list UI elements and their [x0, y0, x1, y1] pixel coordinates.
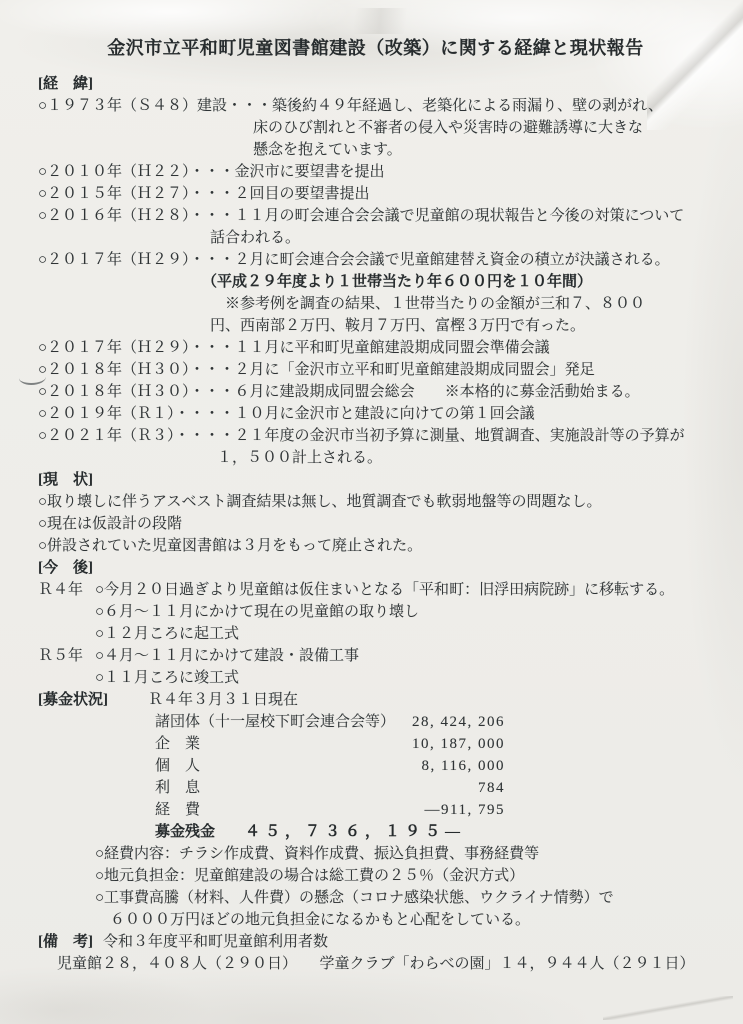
- history-line: ○２０１７年（Ｈ２９）・・・２月に町会連合会会議で児童館建替え資金の積立が決議さ…: [38, 249, 713, 271]
- history-line: 円、西南部２万円、鞍月７万円、富樫３万円で有った。: [210, 315, 713, 337]
- fundraising-row: 経 費―911, 795: [155, 799, 505, 821]
- schedule-row: ○１２月ころに起工式: [38, 623, 713, 645]
- fundraising-row-label: 個 人: [155, 755, 200, 777]
- fundraising-row-label: 経 費: [155, 799, 200, 821]
- section-header-fundraising: [募金状況]: [38, 692, 108, 708]
- schedule-year: Ｒ４年: [38, 579, 95, 601]
- fundraising-row-amount: 8, 116, 000: [422, 755, 505, 777]
- history-line: ○２０１５年（Ｈ２７）・・・２回目の要望書提出: [38, 183, 713, 205]
- schedule-row: ○１１月ころに竣工式: [38, 667, 713, 689]
- schedule-year: Ｒ５年: [38, 645, 95, 667]
- current-status-line: ○現在は仮設計の段階: [38, 513, 713, 535]
- fundraising-note-continuation: ６０００万円ほどの地元負担金になるかもと心配をしている。: [110, 909, 713, 931]
- section-header-remarks: [備 考]: [38, 934, 93, 950]
- remarks-header-row: [備 考]令和３年度平和町児童館利用者数: [38, 931, 713, 953]
- fundraising-note: ○地元負担金：児童館建設の場合は総工費の２５％（金沢方式）: [95, 865, 713, 887]
- fundraising-balance-label: 募金残金: [155, 824, 215, 840]
- history-line: ○２０１６年（Ｈ２８）・・・１１月の町会連合会会議で児童館の現状報告と今後の対策…: [38, 205, 713, 227]
- fundraising-table: 諸団体（十一屋校下町会連合会等）28, 424, 206 企 業10, 187,…: [155, 711, 505, 821]
- fundraising-row-amount: 10, 187, 000: [412, 733, 505, 755]
- schedule-row: Ｒ５年○４月～１１月にかけて建設・設備工事: [38, 645, 713, 667]
- history-line: ○２０１０年（Ｈ２２）・・・金沢市に要望書を提出: [38, 161, 713, 183]
- section-header-current-status: [現 状]: [38, 469, 713, 491]
- fundraising-header-row: [募金状況]Ｒ４年３月３１日現在: [38, 689, 713, 711]
- history-line: ○２０１９年（Ｒ１）・・・・１０月に金沢市と建設に向けての第１回会議: [38, 403, 713, 425]
- schedule-text: ○１１月ころに竣工式: [95, 670, 239, 686]
- fundraising-row-amount: ―911, 795: [425, 799, 505, 821]
- schedule-text: ○４月～１１月にかけて建設・設備工事: [95, 648, 359, 664]
- remarks-title: 令和３年度平和町児童館利用者数: [103, 934, 328, 950]
- fundraising-balance-amount: ４５，７３６，１９５―: [245, 824, 465, 840]
- fundraising-note: ○経費内容：チラシ作成費、資料作成費、振込負担費、事務経費等: [95, 843, 713, 865]
- history-line: ○２０２１年（Ｒ３）・・・・２１年度の金沢市当初予算に測量、地質調査、実施設計等…: [38, 425, 713, 447]
- history-line: １，５００計上される。: [217, 447, 713, 469]
- paper-crease-bottom-right: [603, 996, 733, 1020]
- schedule-text: ○６月～１１月にかけて現在の児童館の取り壊し: [95, 604, 419, 620]
- fundraising-note: ○工事費高騰（材料、人件費）の懸念（コロナ感染状態、ウクライナ情勢）で: [95, 887, 713, 909]
- schedule-row: Ｒ４年○今月２０日過ぎより児童館は仮住まいとなる「平和町：旧浮田病院跡」に移転す…: [38, 579, 713, 601]
- history-line-emphasis: （平成２９年度より１世帯当たり年６００円を１０年間）: [202, 271, 713, 293]
- fundraising-as-of-date: Ｒ４年３月３１日現在: [148, 692, 298, 708]
- scanned-document: 金沢市立平和町児童図書館建設（改築）に関する経緯と現状報告 [経 緯] ○１９７…: [0, 0, 743, 1024]
- section-header-future: [今 後]: [38, 557, 713, 579]
- history-line: 懸念を抱えています。: [253, 139, 713, 161]
- section-header-history: [経 緯]: [38, 73, 713, 95]
- fundraising-row: 利 息784: [155, 777, 505, 799]
- document-title: 金沢市立平和町児童図書館建設（改築）に関する経緯と現状報告: [38, 36, 713, 60]
- fundraising-row: 企 業10, 187, 000: [155, 733, 505, 755]
- fundraising-row-amount: 28, 424, 206: [412, 711, 505, 733]
- fundraising-row: 諸団体（十一屋校下町会連合会等）28, 424, 206: [155, 711, 505, 733]
- schedule-row: ○６月～１１月にかけて現在の児童館の取り壊し: [38, 601, 713, 623]
- schedule-text: ○１２月ころに起工式: [95, 626, 239, 642]
- fundraising-balance-row: 募金残金４５，７３６，１９５―: [155, 821, 713, 843]
- history-line: ○２０１８年（Ｈ３０）・・・６月に建設期成同盟会総会 ※本格的に募金活動始まる。: [38, 381, 713, 403]
- history-line: ※参考例を調査の結果、１世帯当たりの金額が三和７、８００: [225, 293, 713, 315]
- document-content: 金沢市立平和町児童図書館建設（改築）に関する経緯と現状報告 [経 緯] ○１９７…: [0, 0, 743, 975]
- fundraising-row: 個 人8, 116, 000: [155, 755, 505, 777]
- fundraising-row-amount: 784: [478, 777, 505, 799]
- current-status-line: ○取り壊しに伴うアスベスト調査結果は無し、地質調査でも軟弱地盤等の問題なし。: [38, 491, 713, 513]
- history-line: ○２０１７年（Ｈ２９）・・・１１月に平和町児童館建設期成同盟会準備会議: [38, 337, 713, 359]
- schedule-text: ○今月２０日過ぎより児童館は仮住まいとなる「平和町：旧浮田病院跡」に移転する。: [95, 582, 674, 598]
- history-line: 話合われる。: [210, 227, 713, 249]
- history-line: ○１９７３年（Ｓ４８）建設・・・築後約４９年経過し、老築化による雨漏り、壁の剥が…: [38, 95, 713, 117]
- fundraising-row-label: 企 業: [155, 733, 200, 755]
- current-status-line: ○併設されていた児童図書館は３月をもって廃止された。: [38, 535, 713, 557]
- history-line: 床のひび割れと不審者の侵入や災害時の避難誘導に大きな: [253, 117, 713, 139]
- fundraising-row-label: 利 息: [155, 777, 200, 799]
- fundraising-row-label: 諸団体（十一屋校下町会連合会等）: [155, 711, 395, 733]
- history-line: ○２０１８年（Ｈ３０）・・・２月に「金沢市立平和町児童館建設期成同盟会」発足: [38, 359, 713, 381]
- remarks-detail: 児童館２８，４０８人（２９０日） 学童クラブ「わらべの園」１４，９４４人（２９１…: [57, 953, 713, 975]
